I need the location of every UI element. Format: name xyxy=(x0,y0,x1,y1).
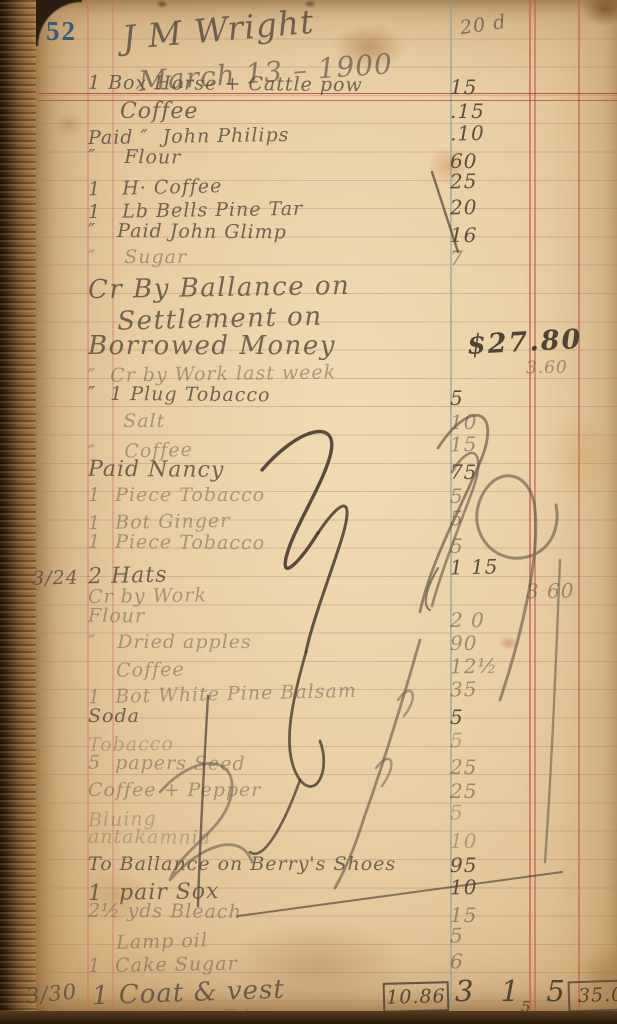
entry-far-amount xyxy=(522,608,612,609)
entry-amount: .10 xyxy=(434,120,522,145)
entry-description: Cr by Work xyxy=(88,581,434,608)
entry-far-amount xyxy=(522,756,612,757)
entry-description: Coffee + Pepper xyxy=(88,779,434,801)
entry-description: ″ 1 Plug Tobacco xyxy=(88,383,434,408)
boxed-total: 10.86 xyxy=(383,981,450,1013)
entry-description: ″ Flour xyxy=(88,145,434,170)
ledger-entry: 1 Box Horse + Cattle pow15 xyxy=(88,72,612,101)
entry-amount: 90 xyxy=(434,631,522,655)
entry-far-amount: 3.60 xyxy=(522,357,612,378)
entry-amount: 35 xyxy=(434,676,523,702)
entry-description: Flour xyxy=(88,604,434,629)
ledger-entry: ″ Paid John Glimp16 xyxy=(88,219,612,248)
entry-description: 2½ yds Bleach xyxy=(88,900,434,925)
entry-description: Borrowed Money xyxy=(88,331,405,361)
entry-amount xyxy=(434,579,522,580)
entry-amount: 75 xyxy=(434,460,522,485)
entry-far-amount xyxy=(522,76,612,77)
ledger-entry: ″ Sugar7 xyxy=(88,246,612,271)
entry-amount: .15 xyxy=(434,99,522,123)
entry-amount: 20 xyxy=(434,194,522,219)
entry-far-amount xyxy=(522,947,612,948)
entry-description: 1 Piece Tobacco xyxy=(88,531,434,556)
entry-far-amount: $27.80 xyxy=(462,324,583,361)
book-binding xyxy=(0,0,36,1024)
entry-far-amount xyxy=(522,534,612,535)
entry-amount: 25 xyxy=(434,168,523,194)
entry-amount: 95 xyxy=(434,853,522,877)
entry-amount: 1 15 xyxy=(434,553,523,579)
ledger-entry: Flour2 0 xyxy=(88,604,612,633)
entry-far-amount: 3 60 xyxy=(522,578,612,603)
entry-description: 5 papers Seed xyxy=(88,752,434,777)
ledger-entry: antakamnia10 xyxy=(88,826,612,855)
entry-description: antakamnia xyxy=(88,826,434,851)
entry-amount: 25 xyxy=(434,755,522,780)
entry-far-amount xyxy=(522,903,612,904)
ledger-entries: 1 Box Horse + Cattle pow15 Coffee.15Paid… xyxy=(88,74,612,976)
entry-description: ″ Paid John Glimp xyxy=(88,219,434,244)
page-number: 52 xyxy=(46,16,77,47)
ledger-entry: Paid Nancy75 xyxy=(88,457,612,486)
entry-description: Coffee xyxy=(88,655,434,682)
entry-far-amount xyxy=(522,193,612,194)
entry-description: Paid Nancy xyxy=(88,457,434,485)
entry-far-amount xyxy=(522,504,612,505)
entry-amount: 15 xyxy=(434,430,523,456)
ledger-entry: Borrowed Money$27.80 xyxy=(88,331,612,361)
entry-amount: 5 xyxy=(434,727,522,752)
entry-amount: 10 xyxy=(434,875,522,900)
footer-amount: 3 1 5 xyxy=(455,974,574,1008)
entry-description: Coffee xyxy=(88,99,434,124)
entry-description: To Ballance on Berry's Shoes xyxy=(88,853,434,875)
boxed-right-total: 35.0 xyxy=(567,979,617,1013)
ledger-scan: 52 J M Wright March 13 – 1900 20 d 1 Box… xyxy=(0,0,617,1024)
entry-description: Soda xyxy=(88,705,434,727)
entry-far-amount xyxy=(522,873,612,874)
entry-amount: 5 xyxy=(434,799,523,825)
ledger-entry: 5 papers Seed25 xyxy=(88,752,612,781)
entry-amount: 5 xyxy=(434,484,522,508)
entry-amount: 6 xyxy=(434,948,522,973)
entry-amount: 16 xyxy=(434,222,522,247)
entry-far-amount xyxy=(522,119,612,120)
entry-amount: 2 0 xyxy=(434,607,522,632)
entry-description: 1 Cake Sugar xyxy=(88,950,434,977)
entry-date: 3/24 xyxy=(32,566,79,589)
entry-far-amount xyxy=(522,387,612,388)
entry-far-amount xyxy=(522,461,612,462)
entry-amount: 5 xyxy=(434,506,522,531)
entry-amount: 5 xyxy=(434,922,523,948)
ledger-entry: ″ 1 Plug Tobacco5 xyxy=(88,383,612,412)
entry-far-amount xyxy=(522,149,612,150)
entry-amount: 7 xyxy=(434,246,522,270)
entry-amount: 15 xyxy=(434,75,522,100)
entry-description: 1 Box Horse + Cattle pow xyxy=(88,72,434,97)
entry-far-amount xyxy=(522,830,612,831)
entry-description: 1 Piece Tobacco xyxy=(88,484,434,506)
entry-far-amount xyxy=(522,223,612,224)
entry-amount: 5 xyxy=(434,386,522,411)
book-bottom-edge xyxy=(0,1011,617,1024)
entry-description: ″ Dried apples xyxy=(88,631,434,653)
entry-amount: 5 xyxy=(434,705,522,729)
entry-description: Salt xyxy=(88,410,434,432)
entry-description: ″ Sugar xyxy=(88,246,434,268)
ledger-entry: Soda5 xyxy=(88,705,612,730)
entry-amount: 12½ xyxy=(434,653,522,678)
entry-amount: 10 xyxy=(434,829,522,854)
entry-description: 1 Lb Bells Pine Tar xyxy=(88,196,434,223)
footer-date: 3/30 xyxy=(25,979,78,1008)
